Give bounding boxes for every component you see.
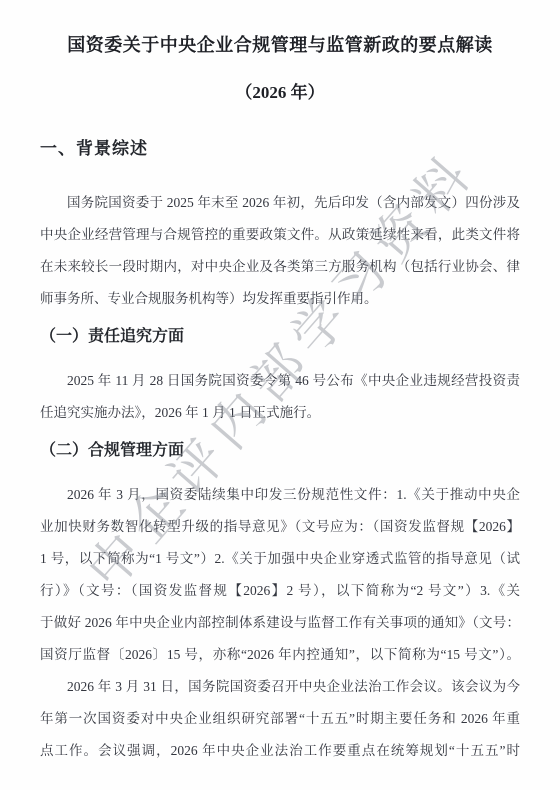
paragraph-line: 于做好 2026 年中央企业内部控制体系建设与监督工作有关事项的通知》（文号： <box>40 607 520 639</box>
paragraph: 2026 年 3 月 31 日，国务院国资委召开中央企业法治工作会议。该会议为今… <box>40 671 520 767</box>
paragraph-line: 2026 年 3 月，国资委陆续集中印发三份规范性文件：1.《关于推动中央企 <box>40 479 520 511</box>
subsection-heading: （一）责任追究方面 <box>40 325 520 349</box>
paragraph-line: 师事务所、专业合规服务机构等）均发挥重要指引作用。 <box>40 283 520 315</box>
paragraph-line: 2025 年 11 月 28 日国务院国资委令第 46 号公布《中央企业违规经营… <box>40 365 520 397</box>
paragraph-line: 1 号，以下简称为“1 号文”）2.《关于加强中央企业穿透式监管的指导意见（试 <box>40 543 520 575</box>
paragraph-line: 点工作。会议强调，2026 年中央企业法治工作要重点在统筹规划“十五五”时 <box>40 735 520 767</box>
paragraph-line: 业加快财务数智化转型升级的指导意见》（文号应为：（国资发监督规【2026】 <box>40 511 520 543</box>
paragraph: 2026 年 3 月，国资委陆续集中印发三份规范性文件：1.《关于推动中央企业加… <box>40 479 520 671</box>
section-heading: 一、背景综述 <box>40 137 520 161</box>
paragraph: 国务院国资委于 2025 年末至 2026 年初，先后印发（含内部发文）四份涉及… <box>40 187 520 315</box>
document-page: 中企评内部学习资料 国资委关于中央企业合规管理与监管新政的要点解读 （2026 … <box>0 0 560 790</box>
document-content: 国资委关于中央企业合规管理与监管新政的要点解读 （2026 年） 一、背景综述国… <box>40 33 520 767</box>
subsection-heading: （二）合规管理方面 <box>40 439 520 463</box>
paragraph-line: 年第一次国资委对中央企业组织研究部署“十五五”时期主要任务和 2026 年重 <box>40 703 520 735</box>
document-body: 一、背景综述国务院国资委于 2025 年末至 2026 年初，先后印发（含内部发… <box>40 137 520 767</box>
document-subtitle: （2026 年） <box>40 81 520 105</box>
paragraph-line: 国资厅监督〔2026〕15 号，亦称“2026 年内控通知”，以下简称为“15 … <box>40 639 520 671</box>
paragraph-line: 行）》（文号：（国资发监督规【2026】2 号），以下简称为“2 号文”）3.《… <box>40 575 520 607</box>
paragraph: 2025 年 11 月 28 日国务院国资委令第 46 号公布《中央企业违规经营… <box>40 365 520 429</box>
paragraph-line: 任追究实施办法》，2026 年 1 月 1 日正式施行。 <box>40 397 520 429</box>
paragraph-line: 2026 年 3 月 31 日，国务院国资委召开中央企业法治工作会议。该会议为今 <box>40 671 520 703</box>
document-title: 国资委关于中央企业合规管理与监管新政的要点解读 <box>40 33 520 57</box>
paragraph-line: 国务院国资委于 2025 年末至 2026 年初，先后印发（含内部发文）四份涉及 <box>40 187 520 219</box>
paragraph-line: 中央企业经营管理与合规管控的重要政策文件。从政策延续性来看，此类文件将 <box>40 219 520 251</box>
paragraph-line: 在未来较长一段时期内，对中央企业及各类第三方服务机构（包括行业协会、律 <box>40 251 520 283</box>
